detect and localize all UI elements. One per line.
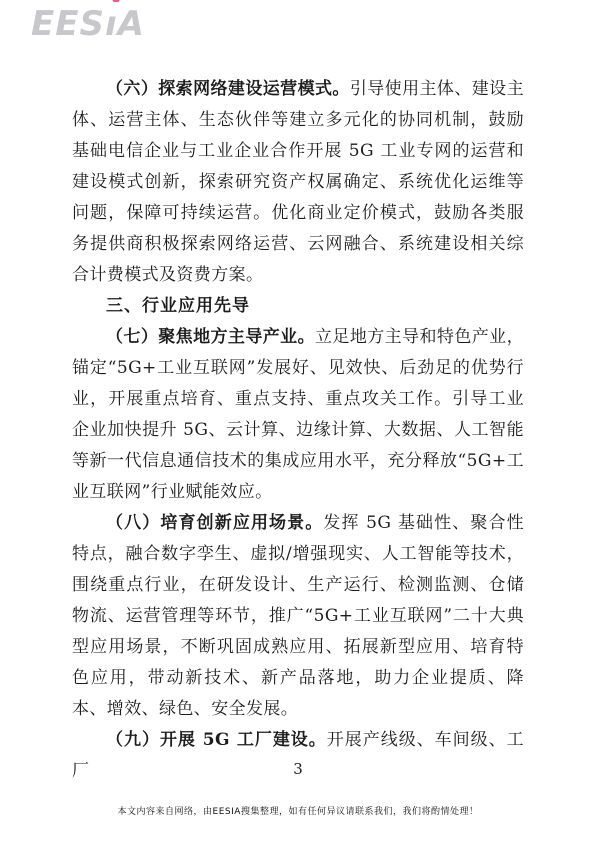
paragraph-8-lead: （八）培育创新应用场景。 [106, 513, 323, 533]
section-heading: 三、行业应用先导 [72, 291, 524, 322]
paragraph-7: （七）聚焦地方主导产业。立足地方主导和特色产业，锚定“5G+工业互联网”发展好、… [72, 322, 524, 508]
paragraph-8-text: 发挥 5G 基础性、聚合性特点，融合数字孪生、虚拟/增强现实、人工智能等技术，围… [72, 513, 524, 719]
logo-text-post: A [118, 4, 145, 44]
paragraph-8: （八）培育创新应用场景。发挥 5G 基础性、聚合性特点，融合数字孪生、虚拟/增强… [72, 508, 524, 725]
logo-pink-dot-icon [112, 0, 120, 2]
paragraph-6-lead: （六）探索网络建设运营模式。 [106, 79, 350, 99]
eesia-logo: EESıA [31, 4, 145, 44]
page-number: 3 [0, 760, 596, 778]
document-body: （六）探索网络建设运营模式。引导使用主体、建设主体、运营主体、生态伙伴等建立多元… [72, 74, 524, 787]
paragraph-9-lead: （九）开展 5G 工厂建设。 [106, 730, 327, 750]
logo-text-pre: EES [31, 4, 105, 44]
paragraph-7-text: 立足地方主导和特色产业，锚定“5G+工业互联网”发展好、见效快、后劲足的优势行业… [72, 327, 524, 502]
logo-letter-i: ı [105, 4, 118, 44]
paragraph-7-lead: （七）聚焦地方主导产业。 [106, 327, 315, 347]
document-page: EESıA （六）探索网络建设运营模式。引导使用主体、建设主体、运营主体、生态伙… [0, 0, 596, 842]
paragraph-6: （六）探索网络建设运营模式。引导使用主体、建设主体、运营主体、生态伙伴等建立多元… [72, 74, 524, 291]
logo-i-stem: ı [105, 4, 118, 44]
paragraph-6-text: 引导使用主体、建设主体、运营主体、生态伙伴等建立多元化的协同机制，鼓励基础电信企… [72, 79, 524, 285]
footer-disclaimer: 本文内容来自网络，由EESIA搜集整理，如有任何异议请联系我们，我们将酌情处理！ [0, 804, 596, 817]
